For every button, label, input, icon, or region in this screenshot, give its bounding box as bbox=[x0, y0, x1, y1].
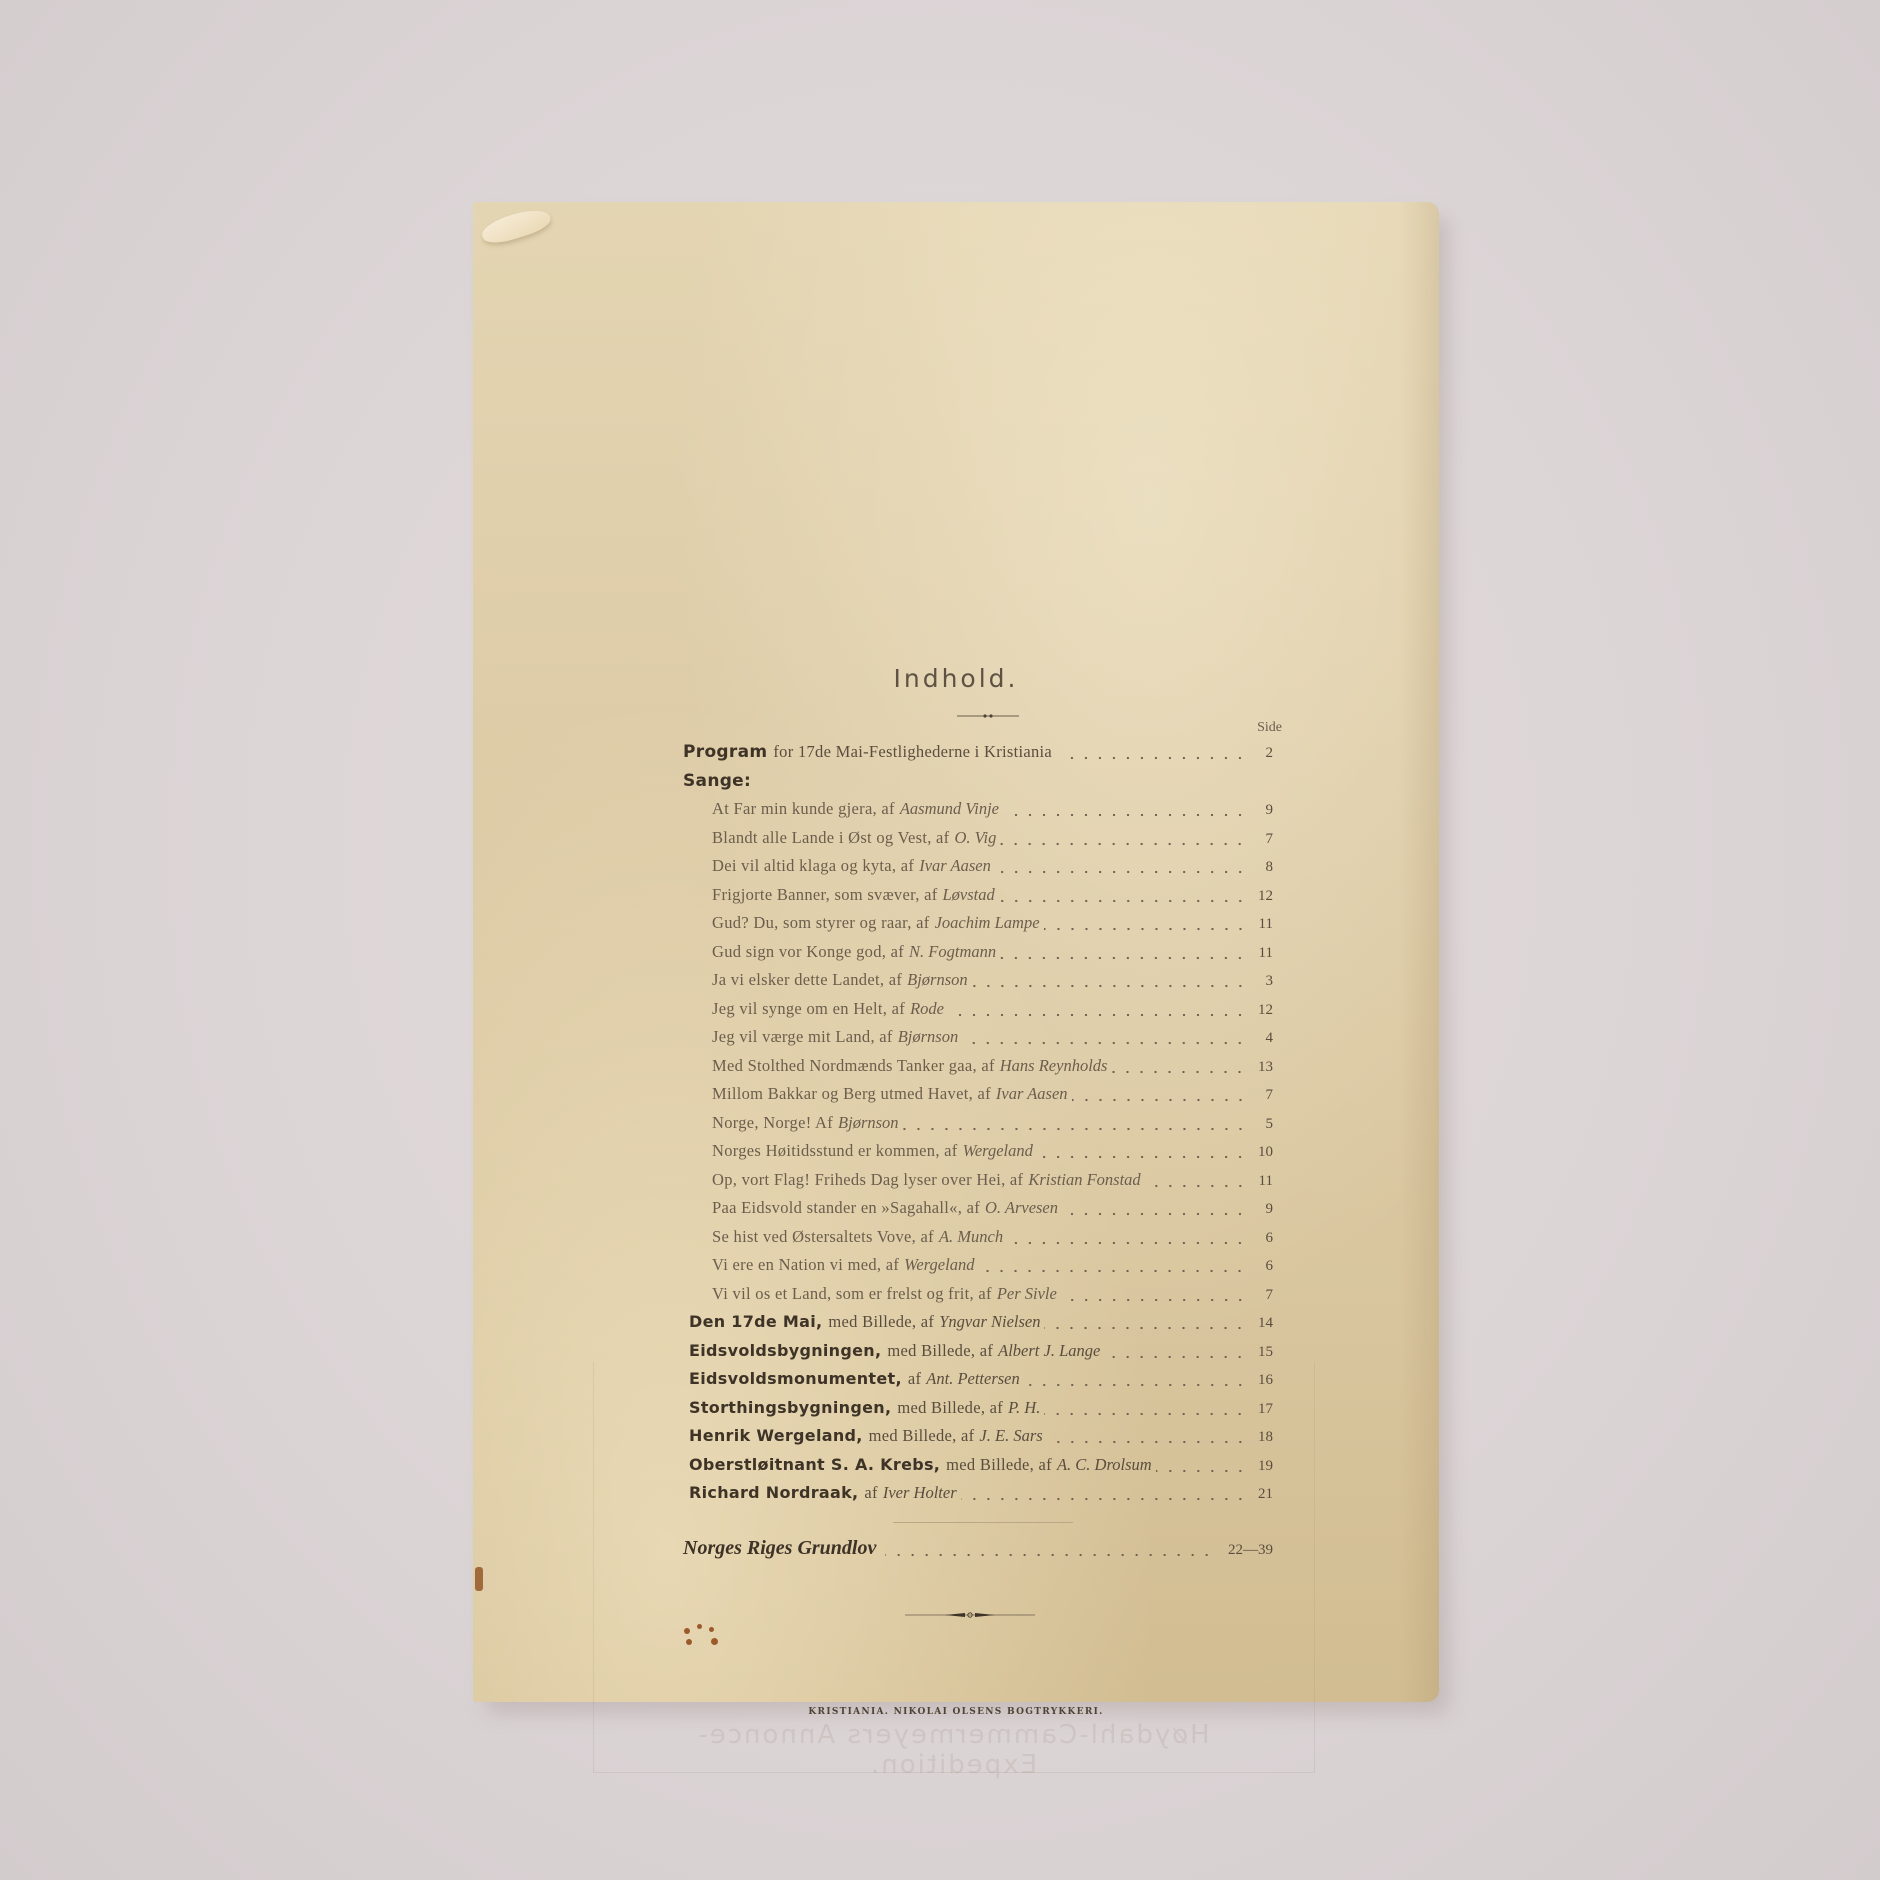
dot-leader bbox=[1044, 1412, 1247, 1416]
page-number: 6 bbox=[1251, 1258, 1273, 1275]
article-author: Ant. Pettersen bbox=[926, 1369, 1019, 1389]
song-author: Hans Reynholds bbox=[1000, 1056, 1108, 1076]
song-title: Norge, Norge! Af bbox=[712, 1113, 833, 1133]
article-author: A. C. Drolsum bbox=[1057, 1455, 1152, 1475]
song-author: Løvstad bbox=[943, 885, 995, 905]
toc-entry-song: Norge, Norge! AfBjørnson5 bbox=[683, 1113, 1273, 1142]
toc-entry-article: Oberstløitnant S. A. Krebs,med Billede, … bbox=[689, 1455, 1273, 1484]
page-number: 11 bbox=[1251, 916, 1273, 933]
song-title: Norges Høitidsstund er kommen, af bbox=[712, 1141, 958, 1161]
section-divider bbox=[893, 1522, 1073, 1523]
page-number: 22—39 bbox=[1218, 1542, 1273, 1559]
song-title: Vi vil os et Land, som er frelst og frit… bbox=[712, 1284, 992, 1304]
song-title: Med Stolthed Nordmænds Tanker gaa, af bbox=[712, 1056, 995, 1076]
song-title: Ja vi elsker dette Landet, af bbox=[712, 970, 902, 990]
article-note: med Billede, af bbox=[887, 1341, 993, 1361]
page-number: 4 bbox=[1251, 1030, 1273, 1047]
folded-corner bbox=[479, 204, 553, 248]
page-number: 6 bbox=[1251, 1230, 1273, 1247]
page-number: 5 bbox=[1251, 1116, 1273, 1133]
article-author: Albert J. Lange bbox=[998, 1341, 1100, 1361]
song-title: Jeg vil værge mit Land, af bbox=[712, 1027, 893, 1047]
toc-entry-song: Med Stolthed Nordmænds Tanker gaa, afHan… bbox=[683, 1056, 1273, 1085]
dot-leader bbox=[1061, 756, 1247, 760]
printer-imprint: KRISTIANIA. NIKOLAI OLSENS BOGTRYKKERI. bbox=[473, 1707, 1439, 1717]
toc-entry-song: At Far min kunde gjera, afAasmund Vinje9 bbox=[683, 799, 1273, 828]
song-title: Jeg vil synge om en Helt, af bbox=[712, 999, 905, 1019]
page-number: 12 bbox=[1251, 888, 1273, 905]
toc-entry-article: Eidsvoldsmonumentet,afAnt. Pettersen16 bbox=[689, 1369, 1273, 1398]
song-author: N. Fogtmann bbox=[909, 942, 996, 962]
article-title: Storthingsbygningen, bbox=[689, 1398, 891, 1417]
page-number: 7 bbox=[1251, 1287, 1273, 1304]
dot-leader bbox=[1044, 927, 1247, 931]
toc-entry-song: Blandt alle Lande i Øst og Vest, afO. Vi… bbox=[683, 828, 1273, 857]
page-number: 12 bbox=[1251, 1002, 1273, 1019]
song-title: Op, vort Flag! Friheds Dag lyser over He… bbox=[712, 1170, 1023, 1190]
article-note: af bbox=[864, 1483, 877, 1503]
dot-leader bbox=[885, 1553, 1214, 1557]
toc-entry-song: Vi vil os et Land, som er frelst og frit… bbox=[683, 1284, 1273, 1313]
song-title: Se hist ved Østersaltets Vove, af bbox=[712, 1227, 934, 1247]
dot-leader bbox=[1000, 842, 1247, 846]
toc-entry-article: Eidsvoldsbygningen,med Billede, afAlbert… bbox=[689, 1341, 1273, 1370]
articles-list: Den 17de Mai,med Billede, afYngvar Niels… bbox=[689, 1312, 1273, 1512]
show-through-text: Høydahl-Cammermeyers Annonce-Expedition. bbox=[653, 1720, 1253, 1780]
song-author: Aasmund Vinje bbox=[900, 799, 999, 819]
article-author: P. H. bbox=[1008, 1398, 1040, 1418]
song-author: O. Vig bbox=[954, 828, 996, 848]
toc-entry-song: Ja vi elsker dette Landet, afBjørnson3 bbox=[683, 970, 1273, 999]
page-title: Indhold. bbox=[473, 664, 1439, 693]
song-author: Bjørnson bbox=[907, 970, 968, 990]
song-author: Wergeland bbox=[904, 1255, 974, 1275]
toc-entry-song: Millom Bakkar og Berg utmed Havet, afIva… bbox=[683, 1084, 1273, 1113]
article-author: Yngvar Nielsen bbox=[939, 1312, 1040, 1332]
article-note: med Billede, af bbox=[869, 1426, 975, 1446]
page-number: 11 bbox=[1251, 945, 1273, 962]
page-number: 9 bbox=[1251, 1201, 1273, 1218]
article-author: Iver Holter bbox=[883, 1483, 957, 1503]
song-title: Gud? Du, som styrer og raar, af bbox=[712, 913, 930, 933]
toc-entry-song: Gud sign vor Konge god, afN. Fogtmann11 bbox=[683, 942, 1273, 971]
booklet-page: Høydahl-Cammermeyers Annonce-Expedition.… bbox=[473, 202, 1439, 1702]
article-title: Eidsvoldsbygningen, bbox=[689, 1341, 881, 1360]
toc-entry-song: Jeg vil synge om en Helt, afRode12 bbox=[683, 999, 1273, 1028]
section-heading: Sange: bbox=[683, 771, 751, 791]
article-title: Eidsvoldsmonumentet, bbox=[689, 1369, 902, 1388]
dot-leader bbox=[903, 1127, 1247, 1131]
page-number: 7 bbox=[1251, 1087, 1273, 1104]
dot-leader bbox=[961, 1497, 1247, 1501]
dot-leader bbox=[999, 899, 1247, 903]
toc-entry-article: Henrik Wergeland,med Billede, afJ. E. Sa… bbox=[689, 1426, 1273, 1455]
dot-leader bbox=[1044, 1326, 1247, 1330]
song-title: Frigjorte Banner, som svæver, af bbox=[712, 885, 938, 905]
dot-leader bbox=[1007, 1241, 1247, 1245]
song-title: Millom Bakkar og Berg utmed Havet, af bbox=[712, 1084, 991, 1104]
dot-leader bbox=[1145, 1184, 1247, 1188]
dot-leader bbox=[995, 870, 1247, 874]
dot-leader bbox=[962, 1041, 1247, 1045]
article-title: Den 17de Mai, bbox=[689, 1312, 822, 1331]
entry-title: Norges Riges Grundlov bbox=[683, 1537, 876, 1560]
song-author: Per Sivle bbox=[997, 1284, 1057, 1304]
dot-leader bbox=[1003, 813, 1247, 817]
page-number: 21 bbox=[1251, 1486, 1273, 1503]
toc-entry-article: Storthingsbygningen,med Billede, afP. H.… bbox=[689, 1398, 1273, 1427]
page-number: 10 bbox=[1251, 1144, 1273, 1161]
article-title: Henrik Wergeland, bbox=[689, 1426, 863, 1445]
toc-entry-grundlov: Norges Riges Grundlov 22—39 bbox=[683, 1537, 1273, 1569]
page-number: 15 bbox=[1251, 1344, 1273, 1361]
song-title: Blandt alle Lande i Øst og Vest, af bbox=[712, 828, 949, 848]
dot-leader bbox=[1000, 956, 1247, 960]
toc-entry-song: Op, vort Flag! Friheds Dag lyser over He… bbox=[683, 1170, 1273, 1199]
song-author: Rode bbox=[910, 999, 944, 1019]
article-note: af bbox=[908, 1369, 921, 1389]
entry-subtitle: for 17de Mai-Festlighederne i Kristiania bbox=[773, 742, 1052, 762]
song-author: O. Arvesen bbox=[985, 1198, 1058, 1218]
dot-leader bbox=[1062, 1212, 1247, 1216]
dot-leader bbox=[1047, 1440, 1247, 1444]
dot-leader bbox=[1024, 1383, 1247, 1387]
toc-entry-article: Richard Nordraak,afIver Holter21 bbox=[689, 1483, 1273, 1512]
song-title: Dei vil altid klaga og kyta, af bbox=[712, 856, 914, 876]
ornament-divider-icon bbox=[905, 1610, 1035, 1620]
entry-title: Program bbox=[683, 742, 767, 762]
page-number: 13 bbox=[1251, 1059, 1273, 1076]
toc-entry-song: Paa Eidsvold stander en »Sagahall«, afO.… bbox=[683, 1198, 1273, 1227]
dot-leader bbox=[1061, 1298, 1247, 1302]
article-title: Richard Nordraak, bbox=[689, 1483, 858, 1502]
dot-leader bbox=[1104, 1355, 1247, 1359]
song-author: Joachim Lampe bbox=[935, 913, 1040, 933]
dot-leader bbox=[978, 1269, 1247, 1273]
toc-entry-song: Se hist ved Østersaltets Vove, afA. Munc… bbox=[683, 1227, 1273, 1256]
article-title: Oberstløitnant S. A. Krebs, bbox=[689, 1455, 940, 1474]
dot-leader bbox=[1111, 1070, 1247, 1074]
song-title: Paa Eidsvold stander en »Sagahall«, af bbox=[712, 1198, 980, 1218]
table-of-contents: Program for 17de Mai-Festlighederne i Kr… bbox=[683, 742, 1273, 1569]
article-note: med Billede, af bbox=[828, 1312, 934, 1332]
page-number: 17 bbox=[1251, 1401, 1273, 1418]
toc-entry-song: Norges Høitidsstund er kommen, afWergela… bbox=[683, 1141, 1273, 1170]
page-number: 8 bbox=[1251, 859, 1273, 876]
song-title: At Far min kunde gjera, af bbox=[712, 799, 895, 819]
song-author: Kristian Fonstad bbox=[1028, 1170, 1140, 1190]
song-author: Ivar Aasen bbox=[996, 1084, 1068, 1104]
page-column-label: Side bbox=[1257, 720, 1282, 736]
songs-heading: Sange: bbox=[683, 771, 1273, 800]
edge-stain bbox=[475, 1567, 483, 1591]
dot-leader bbox=[1156, 1469, 1247, 1473]
toc-entry-program: Program for 17de Mai-Festlighederne i Kr… bbox=[683, 742, 1273, 771]
page-number: 19 bbox=[1251, 1458, 1273, 1475]
ornament-divider-icon bbox=[957, 713, 1019, 719]
dot-leader bbox=[1072, 1098, 1247, 1102]
song-title: Vi ere en Nation vi med, af bbox=[712, 1255, 899, 1275]
song-author: Ivar Aasen bbox=[919, 856, 991, 876]
toc-entry-article: Den 17de Mai,med Billede, afYngvar Niels… bbox=[689, 1312, 1273, 1341]
page-number: 9 bbox=[1251, 802, 1273, 819]
article-note: med Billede, af bbox=[946, 1455, 1052, 1475]
song-author: A. Munch bbox=[939, 1227, 1003, 1247]
page-number: 2 bbox=[1251, 745, 1273, 762]
songs-list: At Far min kunde gjera, afAasmund Vinje9… bbox=[683, 799, 1273, 1312]
page-number: 11 bbox=[1251, 1173, 1273, 1190]
page-number: 14 bbox=[1251, 1315, 1273, 1332]
page-number: 18 bbox=[1251, 1429, 1273, 1446]
page-number: 16 bbox=[1251, 1372, 1273, 1389]
toc-entry-song: Dei vil altid klaga og kyta, afIvar Aase… bbox=[683, 856, 1273, 885]
toc-entry-song: Vi ere en Nation vi med, afWergeland6 bbox=[683, 1255, 1273, 1284]
dot-leader bbox=[948, 1013, 1247, 1017]
toc-entry-song: Gud? Du, som styrer og raar, afJoachim L… bbox=[683, 913, 1273, 942]
dot-leader bbox=[972, 984, 1247, 988]
article-note: med Billede, af bbox=[897, 1398, 1003, 1418]
page-number: 7 bbox=[1251, 831, 1273, 848]
song-title: Gud sign vor Konge god, af bbox=[712, 942, 904, 962]
song-author: Bjørnson bbox=[838, 1113, 899, 1133]
toc-entry-song: Jeg vil værge mit Land, afBjørnson4 bbox=[683, 1027, 1273, 1056]
song-author: Wergeland bbox=[963, 1141, 1033, 1161]
article-author: J. E. Sars bbox=[979, 1426, 1042, 1446]
page-number: 3 bbox=[1251, 973, 1273, 990]
toc-entry-song: Frigjorte Banner, som svæver, afLøvstad1… bbox=[683, 885, 1273, 914]
song-author: Bjørnson bbox=[898, 1027, 959, 1047]
dot-leader bbox=[1037, 1155, 1247, 1159]
